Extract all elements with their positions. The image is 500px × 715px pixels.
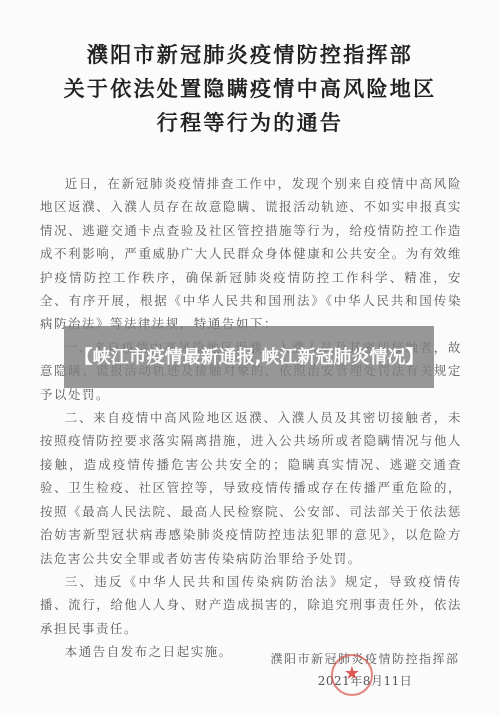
caption-overlay: 【峡江市疫情最新通报,峡江新冠肺炎情况】 bbox=[64, 326, 434, 388]
paragraph-intro: 近日，在新冠肺炎疫情排查工作中，发现个别来自疫情中高风险地区返濮、入濮人员存在故… bbox=[40, 172, 462, 336]
title-line-1: 濮阳市新冠肺炎疫情防控指挥部 bbox=[0, 38, 500, 72]
document-body: 近日，在新冠肺炎疫情排查工作中，发现个别来自疫情中高风险地区返濮、入濮人员存在故… bbox=[40, 172, 462, 664]
paragraph-item-3: 三、违反《中华人民共和国传染病防治法》规定，导致疫情传播、流行，给他人人身、财产… bbox=[40, 570, 462, 640]
official-seal: ★ bbox=[331, 654, 373, 696]
title-line-2: 关于依法处置隐瞒疫情中高风险地区 bbox=[0, 72, 500, 106]
paragraph-item-2: 二、来自疫情中高风险地区返濮、入濮人员及其密切接触者，未按照疫情防控要求落实隔离… bbox=[40, 406, 462, 570]
title-line-3: 行程等行为的通告 bbox=[0, 106, 500, 140]
document-page: 濮阳市新冠肺炎疫情防控指挥部 关于依法处置隐瞒疫情中高风险地区 行程等行为的通告… bbox=[0, 0, 500, 715]
red-seal-star-icon: ★ bbox=[333, 664, 371, 684]
document-title: 濮阳市新冠肺炎疫情防控指挥部 关于依法处置隐瞒疫情中高风险地区 行程等行为的通告 bbox=[0, 38, 500, 140]
overlay-caption: 【峡江市疫情最新通报,峡江新冠肺炎情况】 bbox=[65, 346, 434, 369]
